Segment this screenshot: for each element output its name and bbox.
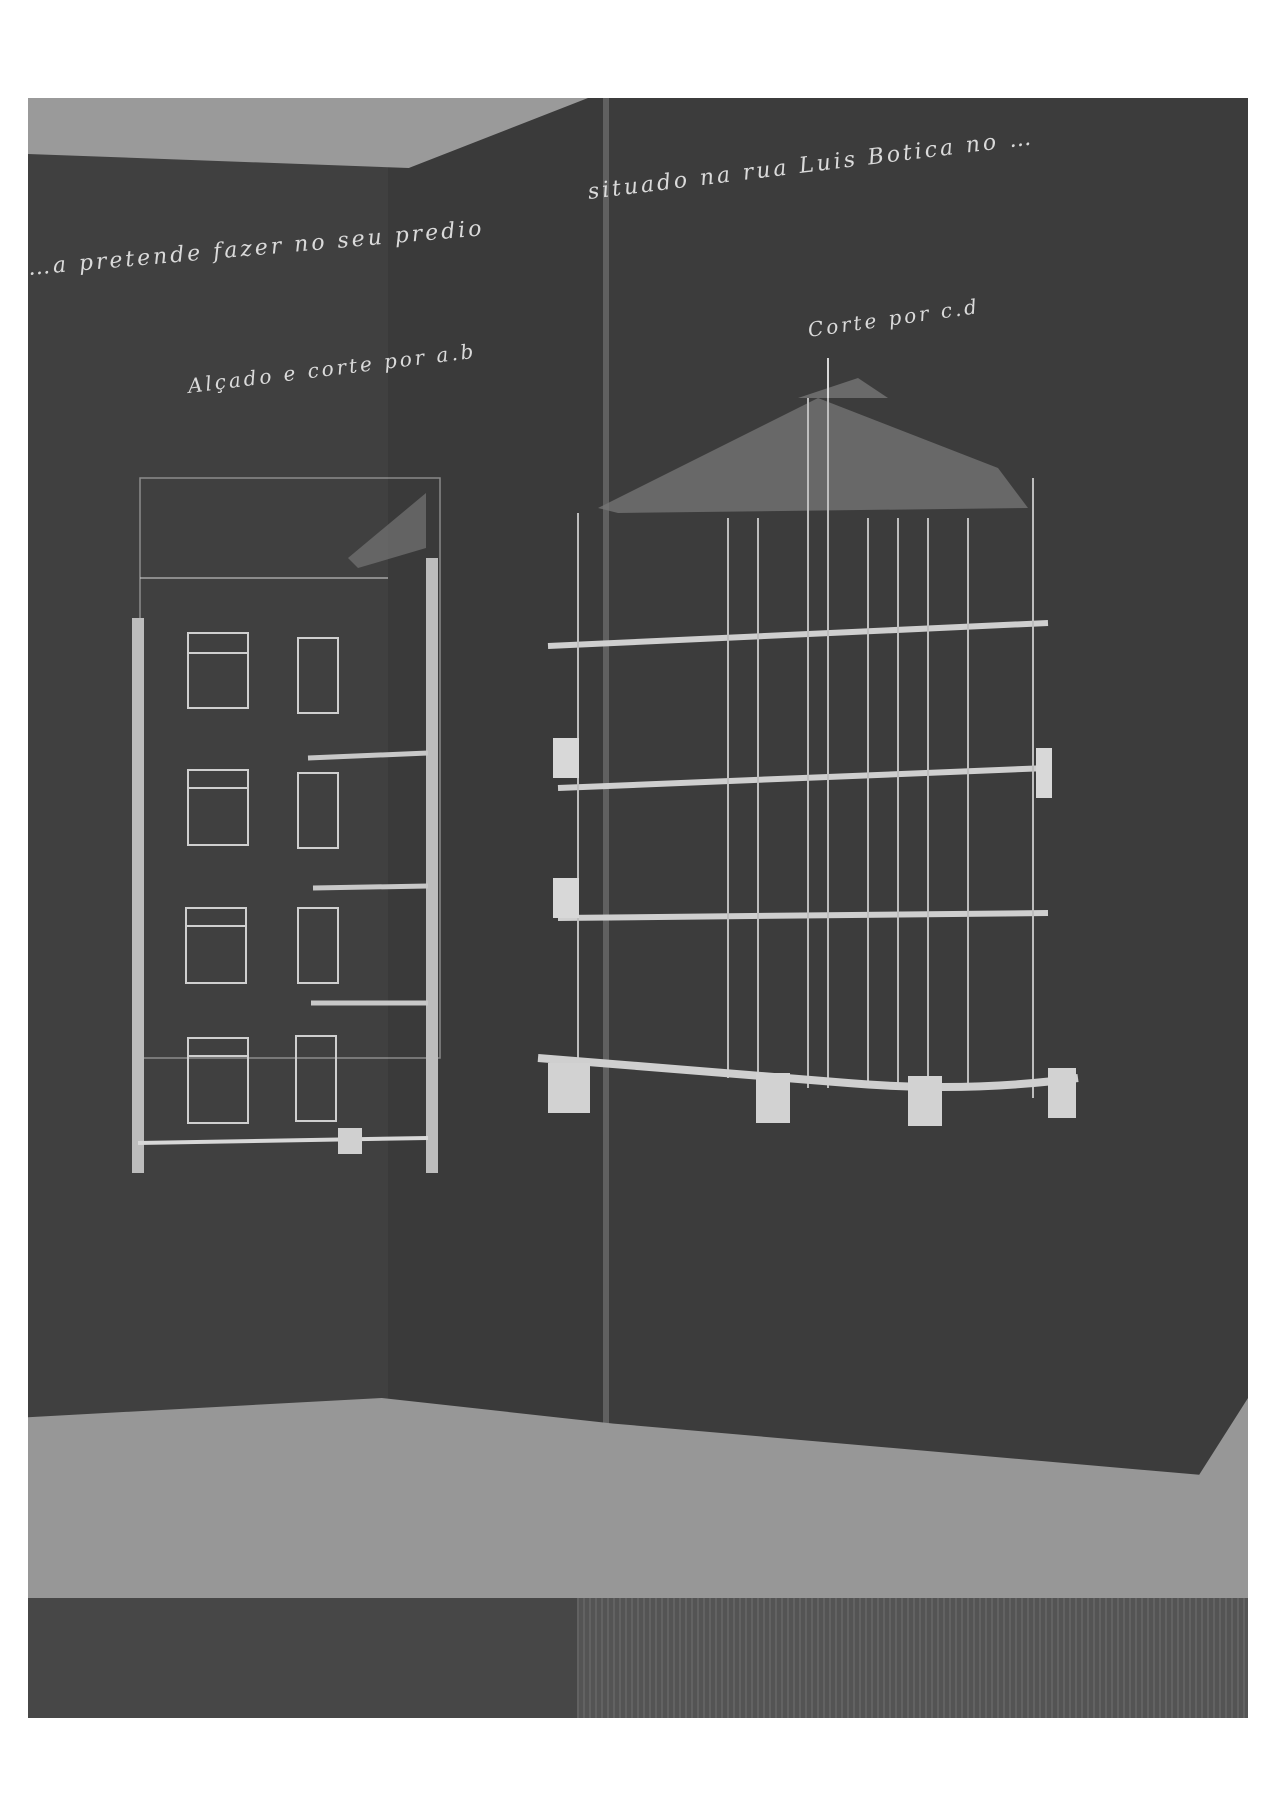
table-edge [28,1598,1248,1718]
section-drawing [538,358,1078,1126]
elevation-drawing [132,478,440,1173]
book-photograph: …a pretende fazer no seu predio situado … [28,98,1248,1718]
